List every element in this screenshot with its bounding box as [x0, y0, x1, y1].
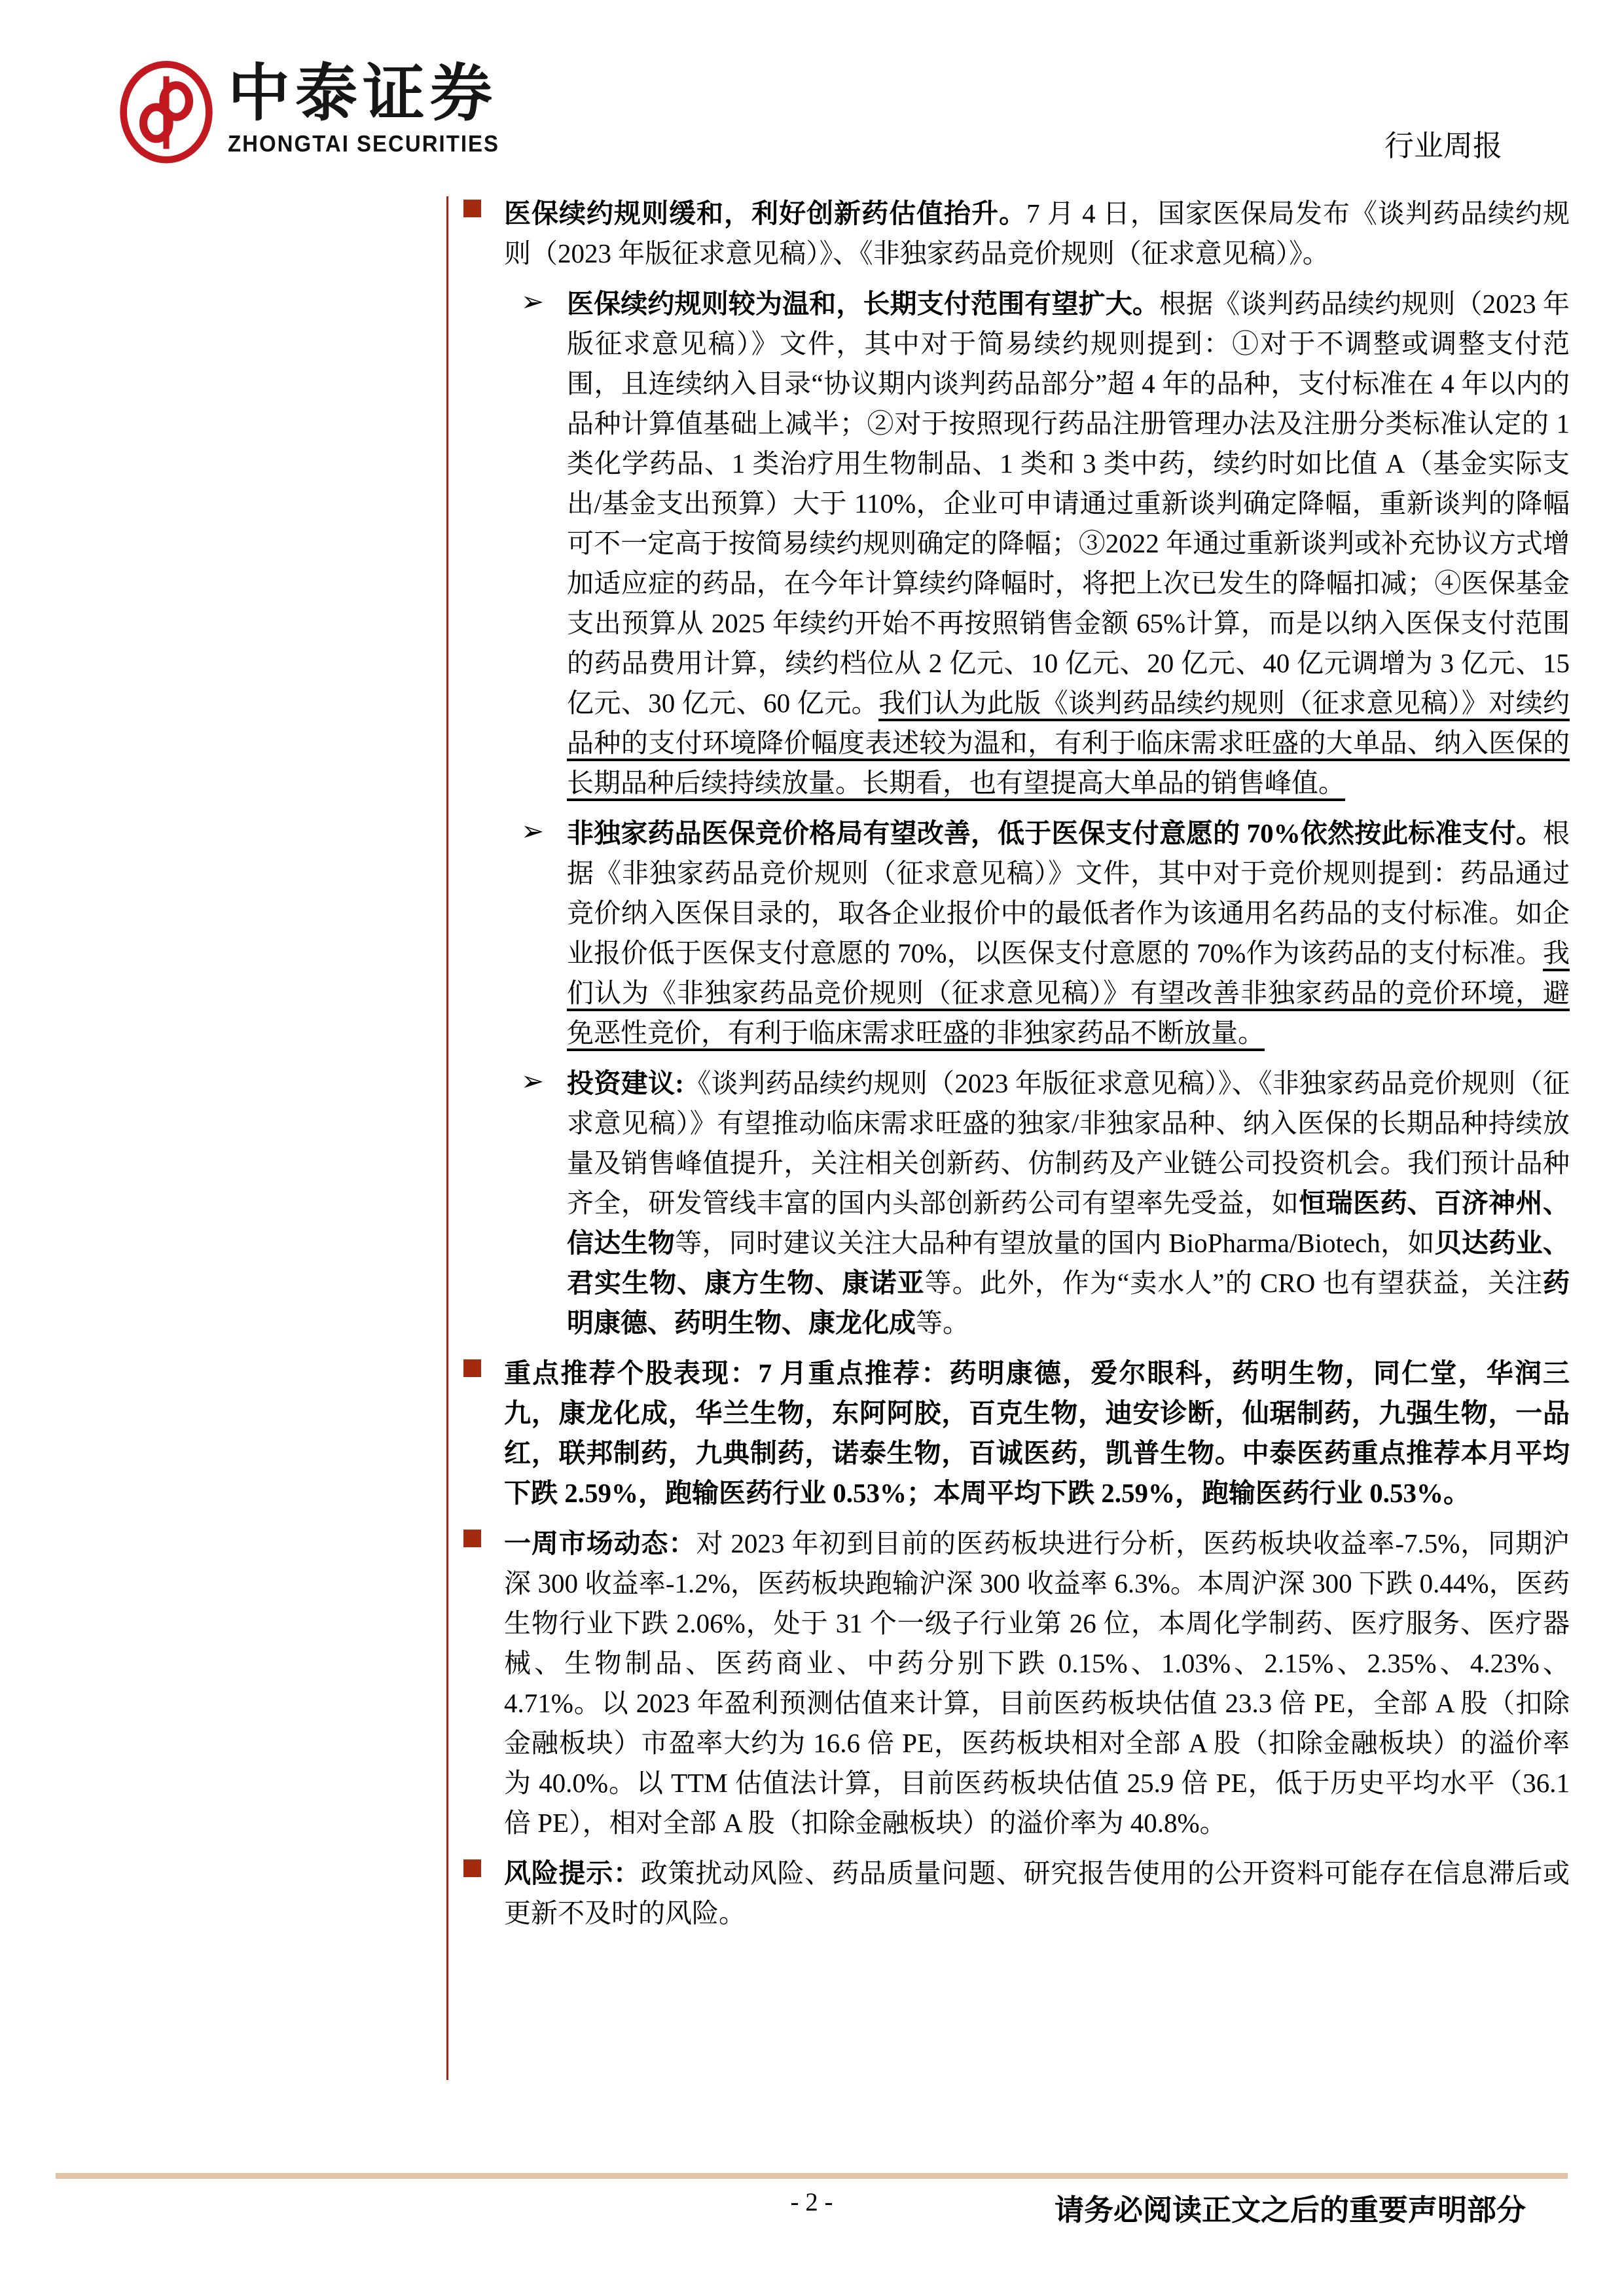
brand-name-cn: 中泰证券: [228, 60, 499, 128]
paragraph: 医保续约规则缓和，利好创新药估值抬升。7 月 4 日，国家医保局发布《谈判药品续…: [504, 194, 1570, 274]
paragraph-text: 等，同时建议关注大品种有望放量的国内 BioPharma/Biotech，如: [675, 1228, 1435, 1258]
bullet-square-icon: [463, 1859, 481, 1877]
bullet-square-icon: [463, 1530, 481, 1547]
bullet-square-icon: [463, 1359, 481, 1377]
footer-divider-rule: [56, 2173, 1568, 2179]
summary-item-stock-picks: 重点推荐个股表现：7 月重点推荐：药明康德，爱尔眼科，药明生物，同仁堂，华润三九…: [504, 1354, 1570, 1513]
paragraph-text-bold: 重点推荐个股表现：7 月重点推荐：药明康德，爱尔眼科，药明生物，同仁堂，华润三九…: [504, 1358, 1570, 1508]
summary-item-market-dynamics: 一周市场动态：对 2023 年初到目前的医药板块进行分析，医药板块收益率-7.5…: [504, 1524, 1570, 1843]
brand-name-en: ZHONGTAI SECURITIES: [228, 130, 499, 157]
left-red-rule: [446, 196, 448, 2080]
paragraph-text: 等。此外，作为“卖水人”的 CRO 也有望获益，关注: [925, 1268, 1543, 1298]
report-type-label: 行业周报: [1384, 122, 1502, 164]
bullet-square-icon: [463, 200, 481, 217]
report-body: 医保续约规则缓和，利好创新药估值抬升。7 月 4 日，国家医保局发布《谈判药品续…: [504, 194, 1570, 1944]
summary-item-medical-insurance-policy: 医保续约规则缓和，利好创新药估值抬升。7 月 4 日，国家医保局发布《谈判药品续…: [504, 194, 1570, 274]
paragraph-lead: 非独家药品医保竞价格局有望改善，低于医保支付意愿的 70%依然按此标准支付。: [567, 818, 1543, 848]
paragraph: 重点推荐个股表现：7 月重点推荐：药明康德，爱尔眼科，药明生物，同仁堂，华润三九…: [504, 1354, 1570, 1513]
paragraph-text: 等。: [916, 1308, 969, 1338]
paragraph-lead: 医保续约规则缓和，利好创新药估值抬升。: [504, 198, 1026, 228]
arrow-bullet-icon: ➢: [521, 812, 544, 852]
paragraph-lead: 风险提示：: [504, 1858, 641, 1888]
summary-item-risk-warning: 风险提示：政策扰动风险、药品质量问题、研究报告使用的公开资料可能存在信息滞后或更…: [504, 1854, 1570, 1933]
brand-header: 中泰证券 ZHONGTAI SECURITIES: [117, 60, 499, 165]
arrow-bullet-icon: ➢: [521, 1062, 544, 1102]
zhongtai-logo-icon: [117, 60, 216, 165]
paragraph-text: 政策扰动风险、药品质量问题、研究报告使用的公开资料可能存在信息滞后或更新不及时的…: [504, 1858, 1570, 1928]
sub-item-investment-advice: ➢ 投资建议:《谈判药品续约规则（2023 年版征求意见稿）》、《非独家药品竞价…: [504, 1064, 1570, 1343]
sub-item-renewal-rule: ➢ 医保续约规则较为温和，长期支付范围有望扩大。根据《谈判药品续约规则（2023…: [504, 284, 1570, 803]
paragraph: 非独家药品医保竞价格局有望改善，低于医保支付意愿的 70%依然按此标准支付。根据…: [567, 814, 1570, 1053]
page-number: - 2 -: [736, 2187, 887, 2217]
paragraph-lead: 一周市场动态：: [504, 1528, 696, 1558]
sub-item-non-exclusive-bidding: ➢ 非独家药品医保竞价格局有望改善，低于医保支付意愿的 70%依然按此标准支付。…: [504, 814, 1570, 1053]
paragraph: 一周市场动态：对 2023 年初到目前的医药板块进行分析，医药板块收益率-7.5…: [504, 1524, 1570, 1843]
paragraph-text: 对 2023 年初到目前的医药板块进行分析，医药板块收益率-7.5%，同期沪深 …: [504, 1528, 1570, 1838]
footer-disclaimer: 请务必阅读正文之后的重要声明部分: [1055, 2186, 1526, 2229]
paragraph-lead: 投资建议:: [567, 1068, 684, 1098]
paragraph: 医保续约规则较为温和，长期支付范围有望扩大。根据《谈判药品续约规则（2023 年…: [567, 284, 1570, 803]
paragraph: 投资建议:《谈判药品续约规则（2023 年版征求意见稿）》、《非独家药品竞价规则…: [567, 1064, 1570, 1343]
paragraph-lead: 医保续约规则较为温和，长期支付范围有望扩大。: [567, 289, 1159, 319]
brand-text-block: 中泰证券 ZHONGTAI SECURITIES: [228, 60, 499, 155]
paragraph: 风险提示：政策扰动风险、药品质量问题、研究报告使用的公开资料可能存在信息滞后或更…: [504, 1854, 1570, 1933]
paragraph-text: 根据《谈判药品续约规则（2023 年版征求意见稿）》文件，其中对于简易续约规则提…: [567, 289, 1570, 718]
arrow-bullet-icon: ➢: [521, 283, 544, 323]
